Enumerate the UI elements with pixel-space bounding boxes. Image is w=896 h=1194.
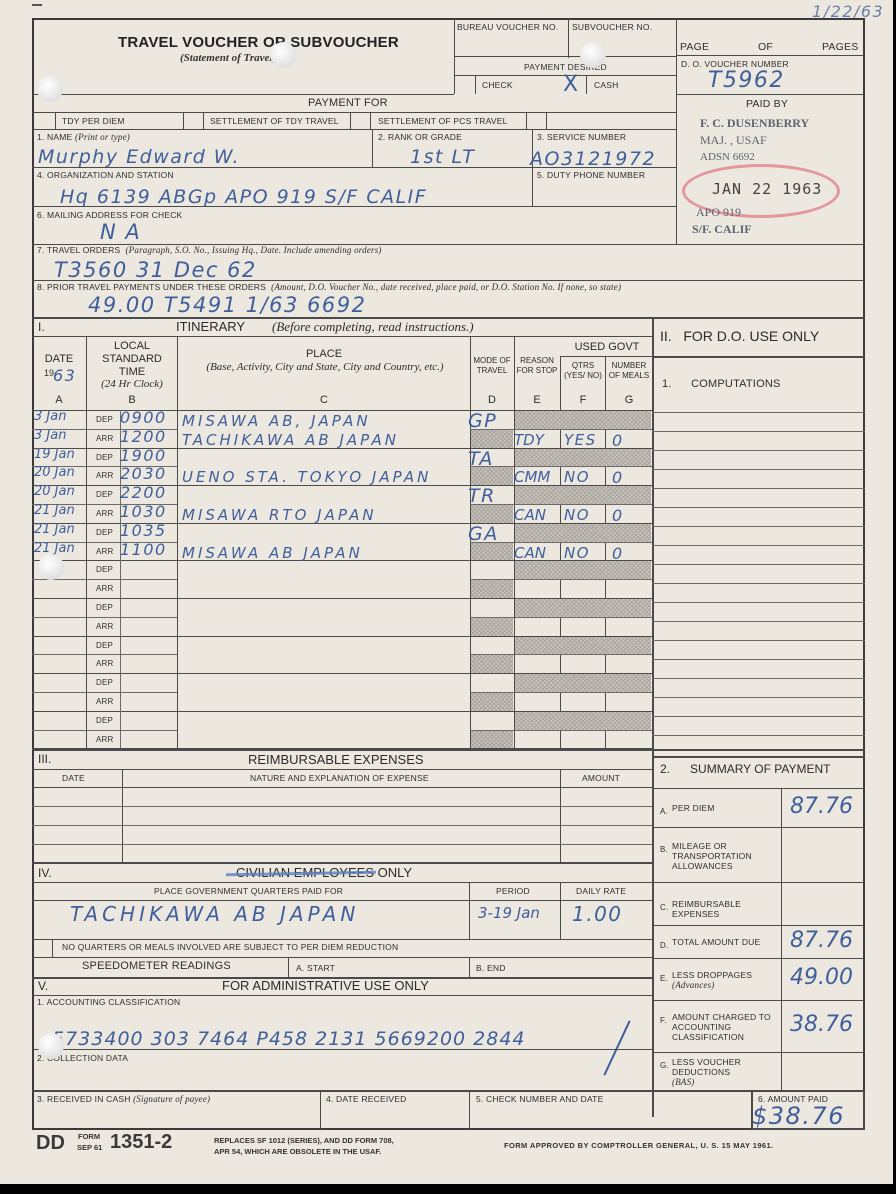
summary-letter: F. [660, 1016, 667, 1025]
dep-arr-label: ARR [96, 547, 114, 556]
stamp-date: JAN 22 1963 [712, 180, 822, 198]
dep-arr-label: DEP [96, 678, 113, 687]
rank-value[interactable]: 1st LT [410, 146, 475, 168]
itinerary-mode[interactable]: TA [468, 448, 494, 470]
itinerary-reason[interactable]: TDY [514, 431, 544, 449]
summary-letter: B. [660, 845, 668, 854]
hatched-cell [515, 561, 651, 579]
corner-mark [32, 4, 42, 6]
voucher-document: 1/22/63 TRAVEL VOUCHER OR SUBVOUCHER (St… [0, 0, 893, 1184]
reimbursable-title: REIMBURSABLE EXPENSES [248, 752, 424, 767]
dep-arr-label: DEP [96, 528, 113, 537]
reimbursable-section-num: III. [38, 752, 51, 766]
year-value[interactable]: 63 [53, 366, 76, 385]
dep-arr-label: ARR [96, 584, 114, 593]
itinerary-reason[interactable]: CMM [514, 468, 550, 486]
speedometer-label: SPEEDOMETER READINGS [82, 960, 231, 972]
organization-value[interactable]: Hq 6139 ABGp APO 919 S/F CALIF [60, 186, 427, 208]
itinerary-time[interactable]: 0900 [120, 408, 167, 427]
col-time-hint: (24 Hr Clock) [101, 378, 163, 390]
hatched-cell [471, 580, 513, 598]
itinerary-date[interactable]: 3 Jan [34, 409, 66, 424]
footer-approved: FORM APPROVED BY COMPTROLLER GENERAL, U.… [504, 1141, 774, 1150]
daily-rate-value[interactable]: 1.00 [572, 902, 623, 926]
payment-for-header: PAYMENT FOR [308, 97, 388, 109]
itinerary-time[interactable]: 1200 [120, 427, 167, 446]
itinerary-meals[interactable]: 0 [612, 468, 624, 487]
mailing-address-value[interactable]: N A [100, 220, 141, 244]
period-header: PERIOD [496, 886, 530, 896]
punch-hole [270, 42, 296, 68]
itinerary-date[interactable]: 21 Jan [34, 522, 75, 537]
itinerary-qtrs[interactable]: NO [564, 506, 590, 524]
summary-label: LESS VOUCHER DEDUCTIONS (BAS) [672, 1057, 778, 1087]
dep-arr-label: ARR [96, 659, 114, 668]
col-mode-header: MODE OF TRAVEL [472, 356, 512, 376]
itinerary-qtrs[interactable]: YES [564, 431, 597, 449]
check-option[interactable]: CHECK [482, 80, 513, 90]
cash-option[interactable]: CASH [594, 80, 618, 90]
expense-amount-header: AMOUNT [582, 773, 620, 783]
hatched-cell [471, 693, 513, 711]
footer-dd: DD [36, 1132, 65, 1155]
received-cash-label: 3. RECEIVED IN CASH (Signature of payee) [37, 1094, 210, 1104]
hatched-cell [471, 655, 513, 673]
expense-date-header: DATE [62, 773, 85, 783]
itinerary-mode[interactable]: TR [468, 485, 496, 507]
col-place-hint: (Base, Activity, City and State, City an… [206, 361, 443, 373]
col-letter-g: G [606, 394, 652, 407]
pages-label: PAGES [822, 41, 858, 53]
itinerary-time[interactable]: 1030 [120, 502, 167, 521]
hatched-cell [515, 599, 651, 617]
prior-payments-value[interactable]: 49.00 T5491 1/63 6692 [88, 293, 367, 317]
itinerary-date[interactable]: 21 Jan [34, 503, 75, 518]
footer-replaces-2: APR 54, WHICH ARE OBSOLETE IN THE USAF. [214, 1147, 381, 1156]
itinerary-meals[interactable]: 0 [612, 506, 624, 525]
quarters-place-header: PLACE GOVERNMENT QUARTERS PAID FOR [154, 886, 343, 896]
itinerary-time[interactable]: 1100 [120, 540, 167, 559]
dep-arr-label: DEP [96, 603, 113, 612]
dep-arr-label: DEP [96, 716, 113, 725]
name-label: 1. NAME (Print or type) [37, 132, 130, 142]
no-quarters-checkbox-label[interactable]: NO QUARTERS OR MEALS INVOLVED ARE SUBJEC… [62, 942, 398, 952]
tdy-per-diem-option[interactable]: TDY PER DIEM [62, 116, 125, 126]
itinerary-place[interactable]: MISAWA RTO JAPAN [182, 506, 377, 524]
col-letter-d: D [472, 394, 512, 407]
summary-letter: D. [660, 941, 668, 950]
itinerary-date[interactable]: 20 Jan [34, 484, 75, 499]
of-label: OF [758, 41, 773, 53]
settlement-pcs-option[interactable]: SETTLEMENT OF PCS TRAVEL [378, 116, 508, 126]
itinerary-place[interactable]: TACHIKAWA AB JAPAN [182, 431, 399, 449]
dep-arr-label: ARR [96, 434, 114, 443]
form-title: TRAVEL VOUCHER OR SUBVOUCHER [118, 34, 399, 51]
dep-arr-label: DEP [96, 565, 113, 574]
hatched-cell [515, 449, 651, 467]
itinerary-section-num: I. [38, 320, 45, 334]
itinerary-date[interactable]: 21 Jan [34, 541, 75, 556]
rank-label: 2. RANK OR GRADE [378, 132, 462, 142]
hatched-cell [515, 524, 651, 542]
itinerary-mode[interactable]: GP [468, 410, 497, 432]
summary-label: MILEAGE OR TRANSPORTATION ALLOWANCES [672, 841, 778, 871]
stamp-adsn: ADSN 6692 [700, 151, 755, 163]
summary-label: LESS DROPPAGES (Advances) [672, 970, 778, 990]
accounting-classification-value[interactable]: 5733400 303 7464 P458 2131 5669200 2844 [52, 1028, 526, 1050]
dep-arr-label: DEP [96, 490, 113, 499]
col-reason-header: REASON FOR STOP [516, 356, 558, 376]
service-number-label: 3. SERVICE NUMBER [537, 132, 626, 142]
dep-arr-label: ARR [96, 697, 114, 706]
payment-cash-mark: X [563, 72, 578, 97]
summary-label: TOTAL AMOUNT DUE [672, 937, 778, 947]
summary-header: 2. SUMMARY OF PAYMENT [660, 762, 831, 776]
dep-arr-label: DEP [96, 453, 113, 462]
summary-value[interactable]: 87.76 [790, 794, 853, 819]
punch-hole [580, 42, 606, 68]
summary-letter: G. [660, 1061, 669, 1070]
col-letter-f: F [562, 394, 604, 407]
dep-arr-label: ARR [96, 622, 114, 631]
summary-value[interactable]: 49.00 [790, 965, 853, 990]
punch-hole [37, 76, 63, 102]
col-letter-c: C [180, 394, 468, 407]
daily-rate-header: DAILY RATE [576, 886, 626, 896]
period-value[interactable]: 3-19 Jan [478, 904, 540, 922]
dep-arr-label: DEP [96, 641, 113, 650]
itinerary-place[interactable]: MISAWA AB, JAPAN [182, 412, 371, 430]
stamp-location: S/F. CALIF [692, 222, 752, 237]
hatched-cell [515, 637, 651, 655]
summary-label: PER DIEM [672, 803, 778, 813]
footer-form-word: FORM [78, 1132, 100, 1141]
mailing-address-label: 6. MAILING ADDRESS FOR CHECK [37, 210, 182, 220]
civilian-section-num: IV. [38, 866, 52, 880]
stamp-apo: APO 919 [696, 205, 741, 220]
stamp-rank: MAJ. , USAF [700, 133, 767, 148]
itinerary-place[interactable]: UENO STA. TOKYO JAPAN [182, 468, 431, 486]
do-use-section: II. FOR D.O. USE ONLY [660, 328, 819, 344]
col-meals-header: NUMBER OF MEALS [606, 361, 652, 381]
name-value[interactable]: Murphy Edward W. [38, 146, 240, 168]
do-voucher-value: T5962 [708, 68, 785, 93]
bureau-voucher-label: BUREAU VOUCHER NO. [457, 22, 558, 32]
hatched-cell [471, 505, 513, 523]
itinerary-reason[interactable]: CAN [514, 544, 546, 562]
accounting-classification-label: 1. ACCOUNTING CLASSIFICATION [37, 997, 180, 1007]
summary-label: AMOUNT CHARGED TO ACCOUNTING CLASSIFICAT… [672, 1012, 778, 1042]
itinerary-date[interactable]: 19 Jan [34, 447, 75, 462]
page-label: PAGE [680, 41, 709, 53]
itinerary-title: ITINERARY [176, 319, 245, 334]
hatched-cell [471, 731, 513, 749]
punch-hole [38, 1033, 64, 1059]
itinerary-date[interactable]: 3 Jan [34, 428, 66, 443]
itinerary-reason[interactable]: CAN [514, 506, 546, 524]
travel-orders-value[interactable]: T3560 31 Dec 62 [54, 258, 257, 282]
hatched-cell [515, 712, 651, 730]
stamp-officer-name: F. C. DUSENBERRY [700, 116, 809, 131]
hatched-cell [515, 486, 651, 504]
amount-paid-value[interactable]: $38.76 [752, 1102, 845, 1130]
footer-form-date: SEP 61 [77, 1143, 102, 1152]
footer-form-number: 1351-2 [110, 1131, 172, 1154]
itinerary-qtrs[interactable]: NO [564, 468, 590, 486]
form-subtitle: (Statement of Travel) [180, 52, 276, 64]
summary-value[interactable]: 38.76 [790, 1012, 853, 1037]
itinerary-hint: (Before completing, read instructions.) [272, 319, 474, 335]
col-letter-b: B [88, 394, 176, 407]
itinerary-qtrs[interactable]: NO [564, 544, 590, 562]
itinerary-mode[interactable]: GA [468, 523, 499, 545]
date-received-label: 4. DATE RECEIVED [326, 1094, 407, 1104]
itinerary-time[interactable]: 1035 [120, 521, 167, 540]
dep-arr-label: ARR [96, 471, 114, 480]
used-govt-header: USED GOVT [562, 341, 652, 354]
speedometer-start[interactable]: A. START [296, 963, 335, 973]
hatched-cell [471, 430, 513, 448]
duty-phone-label: 5. DUTY PHONE NUMBER [537, 170, 645, 180]
col-qtrs-header: QTRS (YES/ NO) [562, 361, 604, 381]
col-place-header: PLACE [180, 348, 468, 361]
summary-letter: A. [660, 807, 668, 816]
col-time-header: LOCAL STANDARD TIME [88, 340, 176, 379]
check-number-label: 5. CHECK NUMBER AND DATE [476, 1094, 603, 1104]
prior-payments-label: 8. PRIOR TRAVEL PAYMENTS UNDER THESE ORD… [37, 282, 621, 292]
itinerary-date[interactable]: 20 Jan [34, 465, 75, 480]
hatched-cell [471, 467, 513, 485]
itinerary-meals[interactable]: 0 [612, 544, 624, 563]
itinerary-place[interactable]: MISAWA AB JAPAN [182, 544, 363, 562]
subvoucher-label: SUBVOUCHER NO. [572, 22, 652, 32]
hatched-cell [471, 543, 513, 561]
speedometer-end[interactable]: B. END [476, 963, 506, 973]
col-letter-e: E [516, 394, 558, 407]
expense-nature-header: NATURE AND EXPLANATION OF EXPENSE [250, 773, 429, 783]
summary-letter: C. [660, 903, 668, 912]
hatched-cell [515, 411, 651, 429]
settlement-tdy-option[interactable]: SETTLEMENT OF TDY TRAVEL [210, 116, 339, 126]
itinerary-meals[interactable]: 0 [612, 431, 624, 450]
admin-title: FOR ADMINISTRATIVE USE ONLY [222, 978, 429, 993]
summary-value[interactable]: 87.76 [790, 928, 853, 953]
hatched-cell [471, 618, 513, 636]
itinerary-time[interactable]: 2030 [120, 464, 167, 483]
dep-arr-label: ARR [96, 509, 114, 518]
col-date-header: DATE [32, 353, 86, 366]
dep-arr-label: ARR [96, 735, 114, 744]
quarters-place-value[interactable]: TACHIKAWA AB JAPAN [70, 902, 359, 926]
hatched-cell [515, 674, 651, 692]
paid-by-label: PAID BY [746, 98, 788, 110]
footer-replaces-1: REPLACES SF 1012 (SERIES), AND DD FORM 7… [214, 1136, 394, 1145]
dep-arr-label: DEP [96, 415, 113, 424]
itinerary-time[interactable]: 1900 [120, 446, 167, 465]
computations-label: 1. COMPUTATIONS [662, 378, 781, 390]
punch-hole [38, 554, 64, 580]
organization-label: 4. ORGANIZATION AND STATION [37, 170, 174, 180]
admin-section-num: V. [38, 979, 48, 993]
travel-orders-label: 7. TRAVEL ORDERS (Paragraph, S.O. No., I… [37, 245, 382, 255]
summary-label: REIMBURSABLE EXPENSES [672, 899, 778, 919]
itinerary-time[interactable]: 2200 [120, 483, 167, 502]
col-letter-a: A [32, 394, 86, 407]
summary-letter: E. [660, 974, 668, 983]
